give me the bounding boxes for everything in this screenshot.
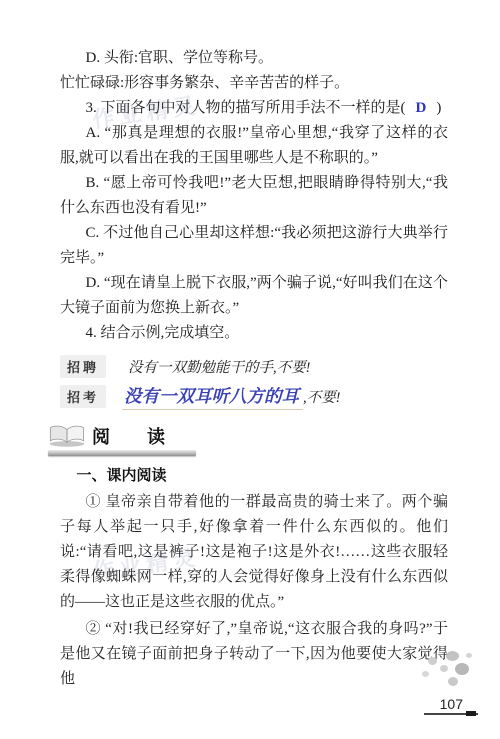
question-3-answer: D — [406, 100, 437, 116]
handwritten-answer: 没有一双耳听八方的耳 — [122, 383, 303, 410]
question-3-suffix: ) — [436, 100, 442, 116]
subheading-kenei-yuedu: 一、课内阅读 — [60, 463, 448, 488]
option-d: D. “现在请皇上脱下衣服,”两个骗子说,“好叫我们在这个大镜子面前为您换上新衣… — [60, 271, 448, 321]
decoration-blob — [422, 671, 429, 677]
glossary-line-mangmang: 忙忙碌碌:形容事务繁杂、辛辛苦苦的样子。 — [60, 71, 448, 96]
question-3-stem: 3. 下面各句中对人物的描写所用手法不一样的是(D) — [60, 96, 448, 121]
option-a: A. “那真是理想的衣服!”皇帝心里想,“我穿了这样的衣服,就可以看出在我的王国… — [60, 121, 448, 171]
reading-header-title: 阅 读 — [92, 425, 181, 449]
open-book-icon — [48, 423, 86, 449]
page-content: D. 头衔:官职、学位等称号。 忙忙碌碌:形容事务繁杂、辛辛苦苦的样子。 3. … — [60, 46, 448, 692]
reading-header-bar — [48, 450, 196, 456]
question-4-stem: 4. 结合示例,完成填空。 — [60, 321, 448, 346]
question-4-fill-rows: 招聘 没有一双勤勉能干的手,不要! 招考 没有一双耳听八方的耳 ,不要! — [60, 351, 448, 411]
decoration-blob — [466, 653, 472, 658]
fill-row-example: 招聘 没有一双勤勉能干的手,不要! — [60, 351, 448, 381]
example-text: 没有一双勤勉能干的手,不要! — [128, 356, 310, 377]
textbook-page: 作业精灵 作业精灵 D. 头衔:官职、学位等称号。 忙忙碌碌:形容事务繁杂、辛辛… — [0, 0, 500, 739]
option-b: B. “愿上帝可怜我吧!”老大臣想,把眼睛睁得特别大,“我什么东西也没有看见!” — [60, 171, 448, 221]
corner-leaf-decoration — [422, 649, 474, 689]
decoration-blob — [455, 663, 469, 675]
decoration-blob — [440, 665, 448, 672]
decoration-blob — [448, 677, 458, 686]
reading-header-row: 阅 读 — [48, 423, 196, 449]
fill-row-answer: 招考 没有一双耳听八方的耳 ,不要! — [60, 381, 448, 411]
page-number-marker — [466, 711, 476, 716]
decoration-blob — [428, 657, 437, 665]
option-c: C. 不过他自己心里却这样想:“我必须把这游行大典举行完毕。” — [60, 221, 448, 271]
passage-paragraph-2: ② “对!我已经穿好了,”皇帝说,“这衣服合我的身吗?”于是他又在镜子面前把身子… — [60, 617, 448, 692]
question-3-prefix: 3. 下面各句中对人物的描写所用手法不一样的是( — [86, 100, 406, 116]
decoration-blob — [446, 651, 459, 661]
answer-tail: ,不要! — [303, 386, 340, 407]
page-number-area: 107 — [424, 696, 478, 715]
passage-paragraph-1: ① 皇帝亲自带着他的一群最高贵的骑士来了。两个骗子每人举起一只手,好像拿着一件什… — [60, 490, 448, 615]
reading-section-header: 阅 读 — [48, 423, 196, 456]
recruit-chip: 招聘 — [60, 355, 106, 378]
glossary-line-touxian: D. 头衔:官职、学位等称号。 — [60, 46, 448, 71]
exam-chip: 招考 — [60, 385, 106, 408]
page-number: 107 — [440, 696, 463, 712]
